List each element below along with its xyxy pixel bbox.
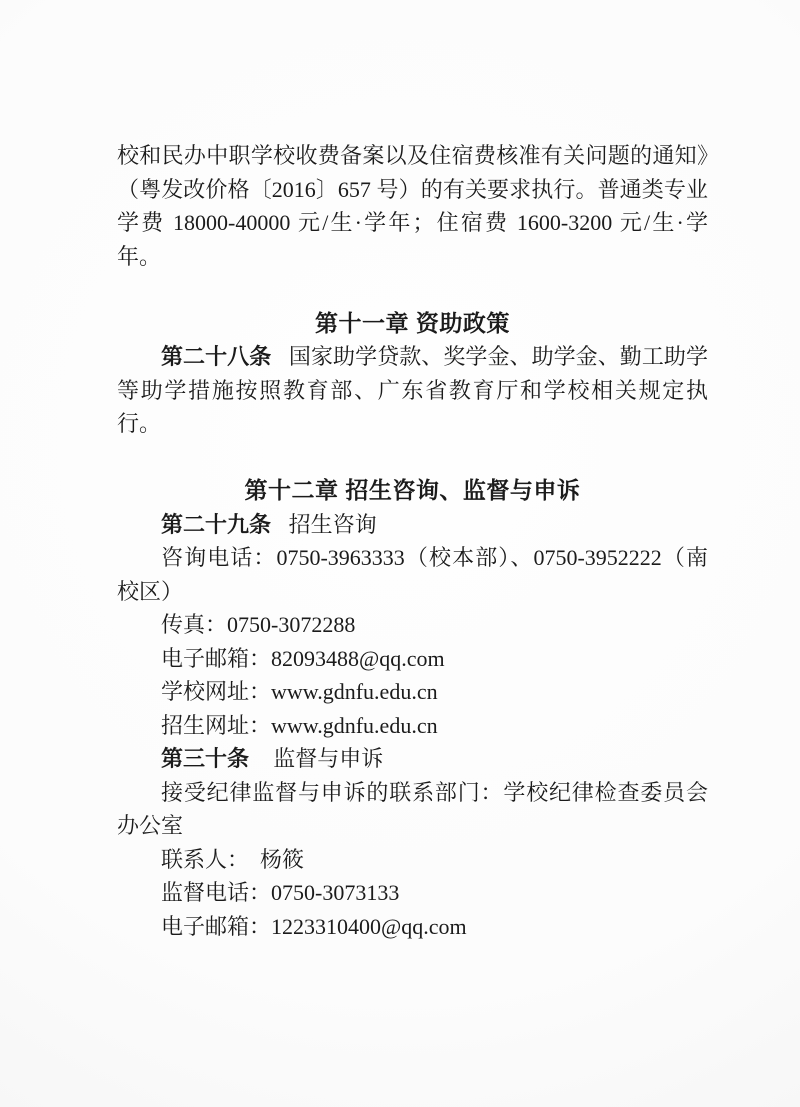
admission-website-line: 招生网址：www.gdnfu.edu.cn <box>117 709 708 743</box>
article-28-paragraph: 第二十八条国家助学贷款、奖学金、助学金、勤工助学等助学措施按照教育部、广东省教育… <box>117 340 708 441</box>
consult-phone-line: 咨询电话：0750-3963333（校本部）、0750-3952222（南校区） <box>117 541 708 608</box>
supervision-department-paragraph: 接受纪律监督与申诉的联系部门：学校纪律检查委员会办公室 <box>117 776 708 843</box>
page-content: 校和民办中职学校收费备案以及住宿费核准有关问题的通知》（粤发改价格〔2016〕6… <box>117 139 708 943</box>
article-29-text: 招生咨询 <box>289 512 377 537</box>
school-website-line: 学校网址：www.gdnfu.edu.cn <box>117 675 708 709</box>
consult-email-line: 电子邮箱：82093488@qq.com <box>117 642 708 676</box>
paragraph-tuition-fees: 校和民办中职学校收费备案以及住宿费核准有关问题的通知》（粤发改价格〔2016〕6… <box>117 139 708 273</box>
supervision-email-line: 电子邮箱：1223310400@qq.com <box>117 910 708 944</box>
fax-line: 传真：0750-3072288 <box>117 608 708 642</box>
chapter-12-heading: 第十二章 招生咨询、监督与申诉 <box>117 474 708 508</box>
chapter-11-heading: 第十一章 资助政策 <box>117 307 708 341</box>
article-30-text: 监督与申诉 <box>273 746 383 771</box>
article-29-label: 第二十九条 <box>161 512 271 537</box>
article-28-label: 第二十八条 <box>161 344 271 369</box>
article-29-paragraph: 第二十九条招生咨询 <box>117 508 708 542</box>
article-30-label: 第三十条 <box>161 746 249 771</box>
article-30-paragraph: 第三十条监督与申诉 <box>117 742 708 776</box>
contact-person-line: 联系人： 杨筱 <box>117 843 708 877</box>
supervision-phone-line: 监督电话：0750-3073133 <box>117 876 708 910</box>
document-page: 校和民办中职学校收费备案以及住宿费核准有关问题的通知》（粤发改价格〔2016〕6… <box>0 0 800 1107</box>
